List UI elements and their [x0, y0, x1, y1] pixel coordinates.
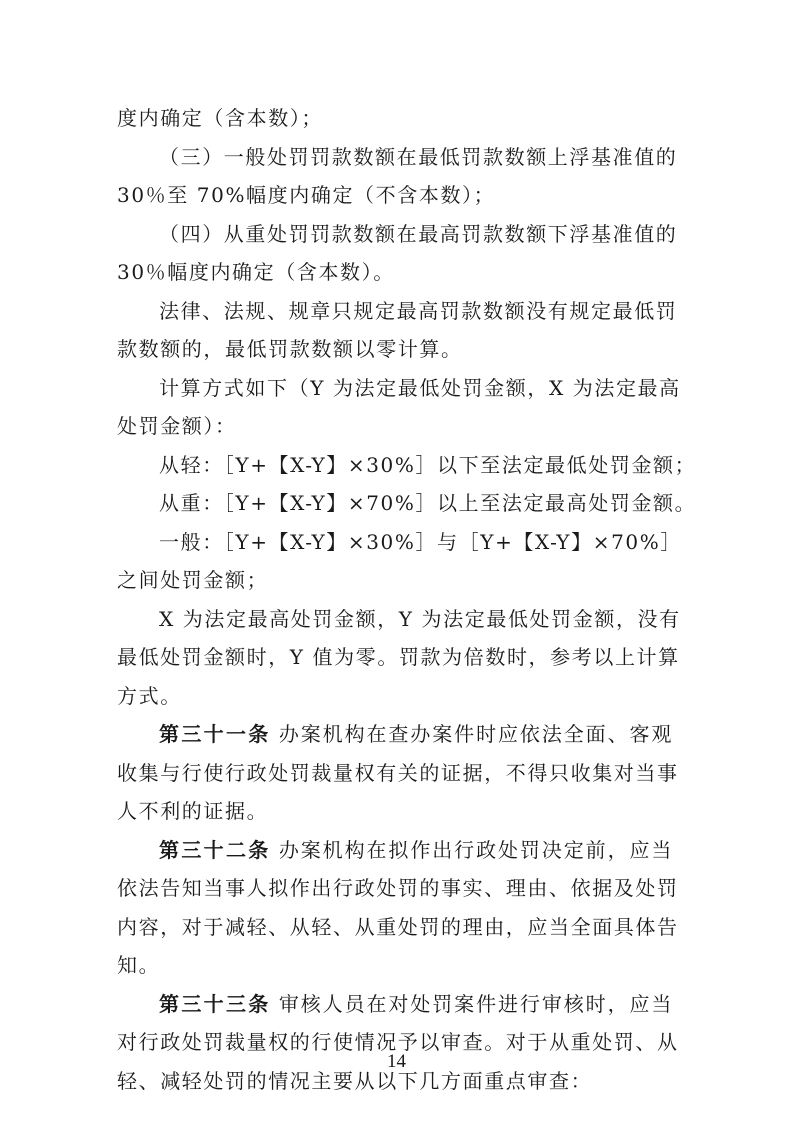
text-line: 30％至 70%幅度内确定（不含本数）； [117, 176, 673, 215]
text-line: 度内确定（含本数）； [117, 99, 673, 138]
text-line: （四）从重处罚罚款数额在最高罚款数额下浮基准值的 [117, 215, 673, 254]
article-text: 办案机构在查办案件时应依法全面、客观 [271, 722, 673, 746]
text-line: 人不利的证据。 [117, 792, 673, 831]
text-line: 之间处罚金额； [117, 561, 673, 600]
text-line: 内容，对于减轻、从轻、从重处罚的理由，应当全面具体告 [117, 908, 673, 947]
text-line: 知。 [117, 946, 673, 985]
formula-line-heavy: 从重：［Y+【X-Y】×70%］以上至法定最高处罚金额。 [117, 484, 673, 523]
text-line: 依法告知当事人拟作出行政处罚的事实、理由、依据及处罚 [117, 869, 673, 908]
article-text: 办案机构在拟作出行政处罚决定前，应当 [271, 838, 673, 862]
text-line: X 为法定最高处罚金额，Y 为法定最低处罚金额，没有 [117, 600, 673, 639]
document-body: 度内确定（含本数）； （三）一般处罚罚款数额在最低罚款数额上浮基准值的 30％至… [117, 99, 673, 1100]
text-line: 款数额的，最低罚款数额以零计算。 [117, 330, 673, 369]
text-line: 计算方式如下（Y 为法定最低处罚金额，X 为法定最高 [117, 369, 673, 408]
article-31-heading-line: 第三十一条 办案机构在查办案件时应依法全面、客观 [117, 715, 673, 754]
article-title: 第三十二条 [159, 838, 271, 862]
text-line: 方式。 [117, 677, 673, 716]
page-number: 14 [0, 1051, 793, 1073]
formula-line-general: 一般：［Y+【X-Y】×30%］与［Y+【X-Y】×70%］ [117, 523, 673, 562]
text-line: 收集与行使行政处罚裁量权有关的证据，不得只收集对当事 [117, 754, 673, 793]
text-line: 处罚金额）： [117, 407, 673, 446]
text-line: （三）一般处罚罚款数额在最低罚款数额上浮基准值的 [117, 138, 673, 177]
article-33-heading-line: 第三十三条 审核人员在对处罚案件进行审核时，应当 [117, 985, 673, 1024]
article-title: 第三十三条 [159, 992, 271, 1016]
text-line: 最低处罚金额时，Y 值为零。罚款为倍数时，参考以上计算 [117, 638, 673, 677]
article-text: 审核人员在对处罚案件进行审核时，应当 [271, 992, 673, 1016]
article-32-heading-line: 第三十二条 办案机构在拟作出行政处罚决定前，应当 [117, 831, 673, 870]
formula-line-light: 从轻：［Y+【X-Y】×30%］以下至法定最低处罚金额； [117, 446, 673, 485]
article-title: 第三十一条 [159, 722, 271, 746]
text-line: 法律、法规、规章只规定最高罚款数额没有规定最低罚 [117, 292, 673, 331]
text-line: 30％幅度内确定（含本数）。 [117, 253, 673, 292]
